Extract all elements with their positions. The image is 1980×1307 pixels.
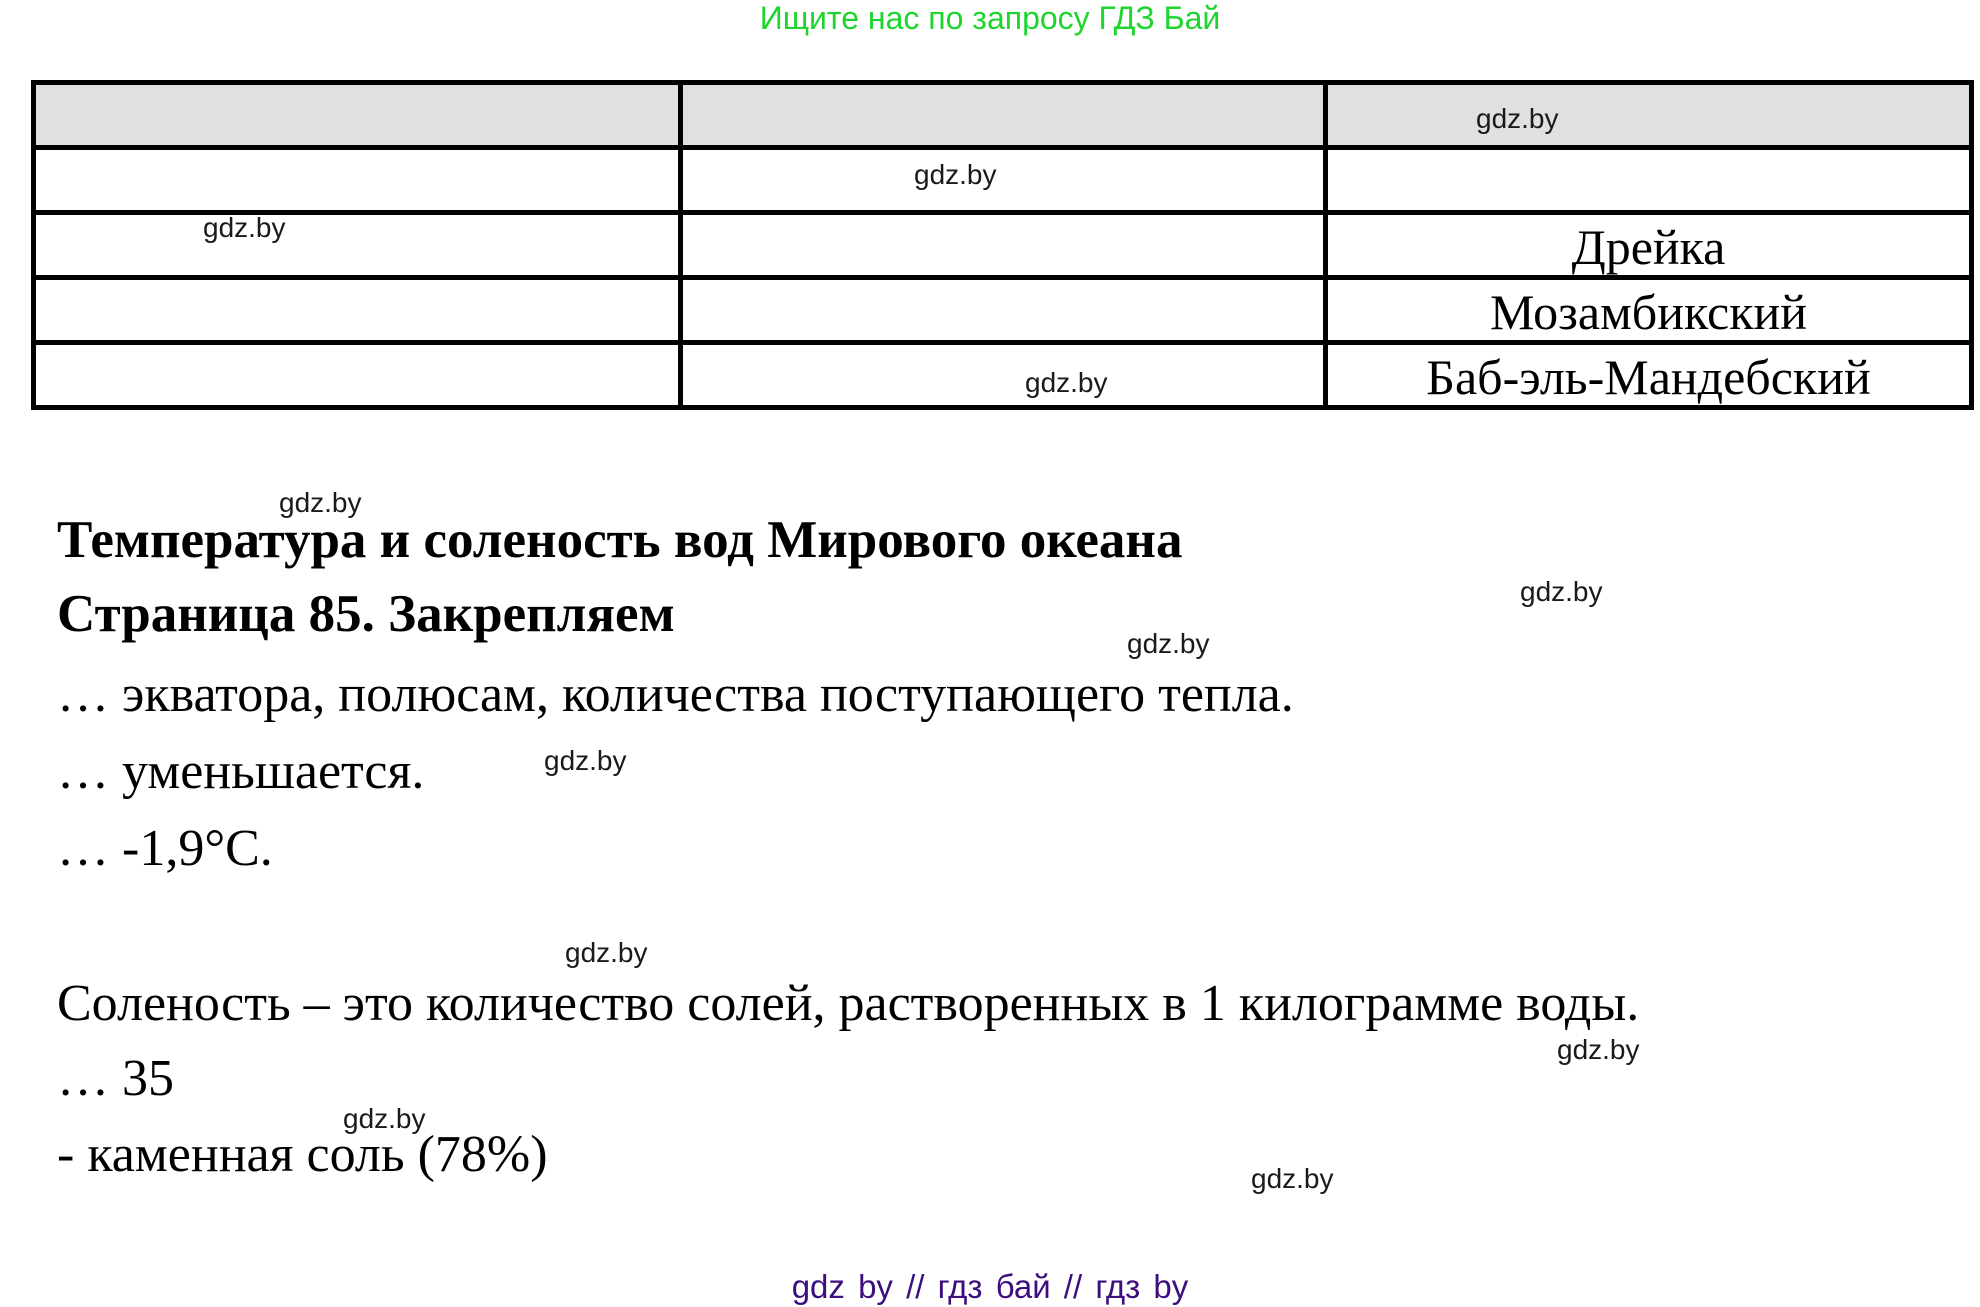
watermark: gdz.by — [279, 488, 362, 518]
search-banner: Ищите нас по запросу ГДЗ Бай — [0, 0, 1980, 36]
table-cell — [1326, 148, 1972, 213]
table-cell — [34, 213, 681, 278]
answer-line: … -1,9°С. — [57, 819, 273, 879]
table-cell — [681, 213, 1326, 278]
answer-line: … экватора, полюсам, количества поступаю… — [57, 665, 1294, 725]
watermark: gdz.by — [914, 160, 997, 190]
table-cell — [681, 148, 1326, 213]
table-row: Мозамбикский — [34, 278, 1972, 343]
table-cell — [34, 278, 681, 343]
table-cell — [34, 343, 681, 408]
strait-name-cell: Мозамбикский — [1326, 278, 1972, 343]
watermark: gdz.by — [1025, 368, 1108, 398]
answer-table: Дрейка Мозамбикский Баб-эль-Мандебский — [31, 80, 1974, 410]
table-header-cell — [681, 83, 1326, 148]
table-header-row — [34, 83, 1972, 148]
table-cell — [681, 343, 1326, 408]
table-row — [34, 148, 1972, 213]
strait-name-cell: Дрейка — [1326, 213, 1972, 278]
strait-name-cell: Баб-эль-Мандебский — [1326, 343, 1972, 408]
watermark: gdz.by — [343, 1104, 426, 1134]
answer-line: … уменьшается. — [57, 742, 424, 802]
watermark: gdz.by — [1557, 1035, 1640, 1065]
watermark: gdz.by — [1520, 577, 1603, 607]
watermark: gdz.by — [203, 213, 286, 243]
answer-line: Соленость – это количество солей, раство… — [57, 974, 1639, 1034]
answer-line: - каменная соль (78%) — [57, 1125, 548, 1185]
footer-links: gdz by // гдз бай // гдз by — [0, 1267, 1980, 1307]
table-row: Баб-эль-Мандебский — [34, 343, 1972, 408]
watermark: gdz.by — [1251, 1164, 1334, 1194]
table-cell — [681, 278, 1326, 343]
section-title: Температура и соленость вод Мирового оке… — [57, 510, 1182, 570]
watermark: gdz.by — [1127, 629, 1210, 659]
watermark: gdz.by — [565, 938, 648, 968]
answer-line: … 35 — [57, 1049, 174, 1109]
table-header-cell — [1326, 83, 1972, 148]
table-header-cell — [34, 83, 681, 148]
section-subtitle: Страница 85. Закрепляем — [57, 584, 675, 644]
watermark: gdz.by — [544, 746, 627, 776]
table-row: Дрейка — [34, 213, 1972, 278]
table-cell — [34, 148, 681, 213]
watermark: gdz.by — [1476, 104, 1559, 134]
